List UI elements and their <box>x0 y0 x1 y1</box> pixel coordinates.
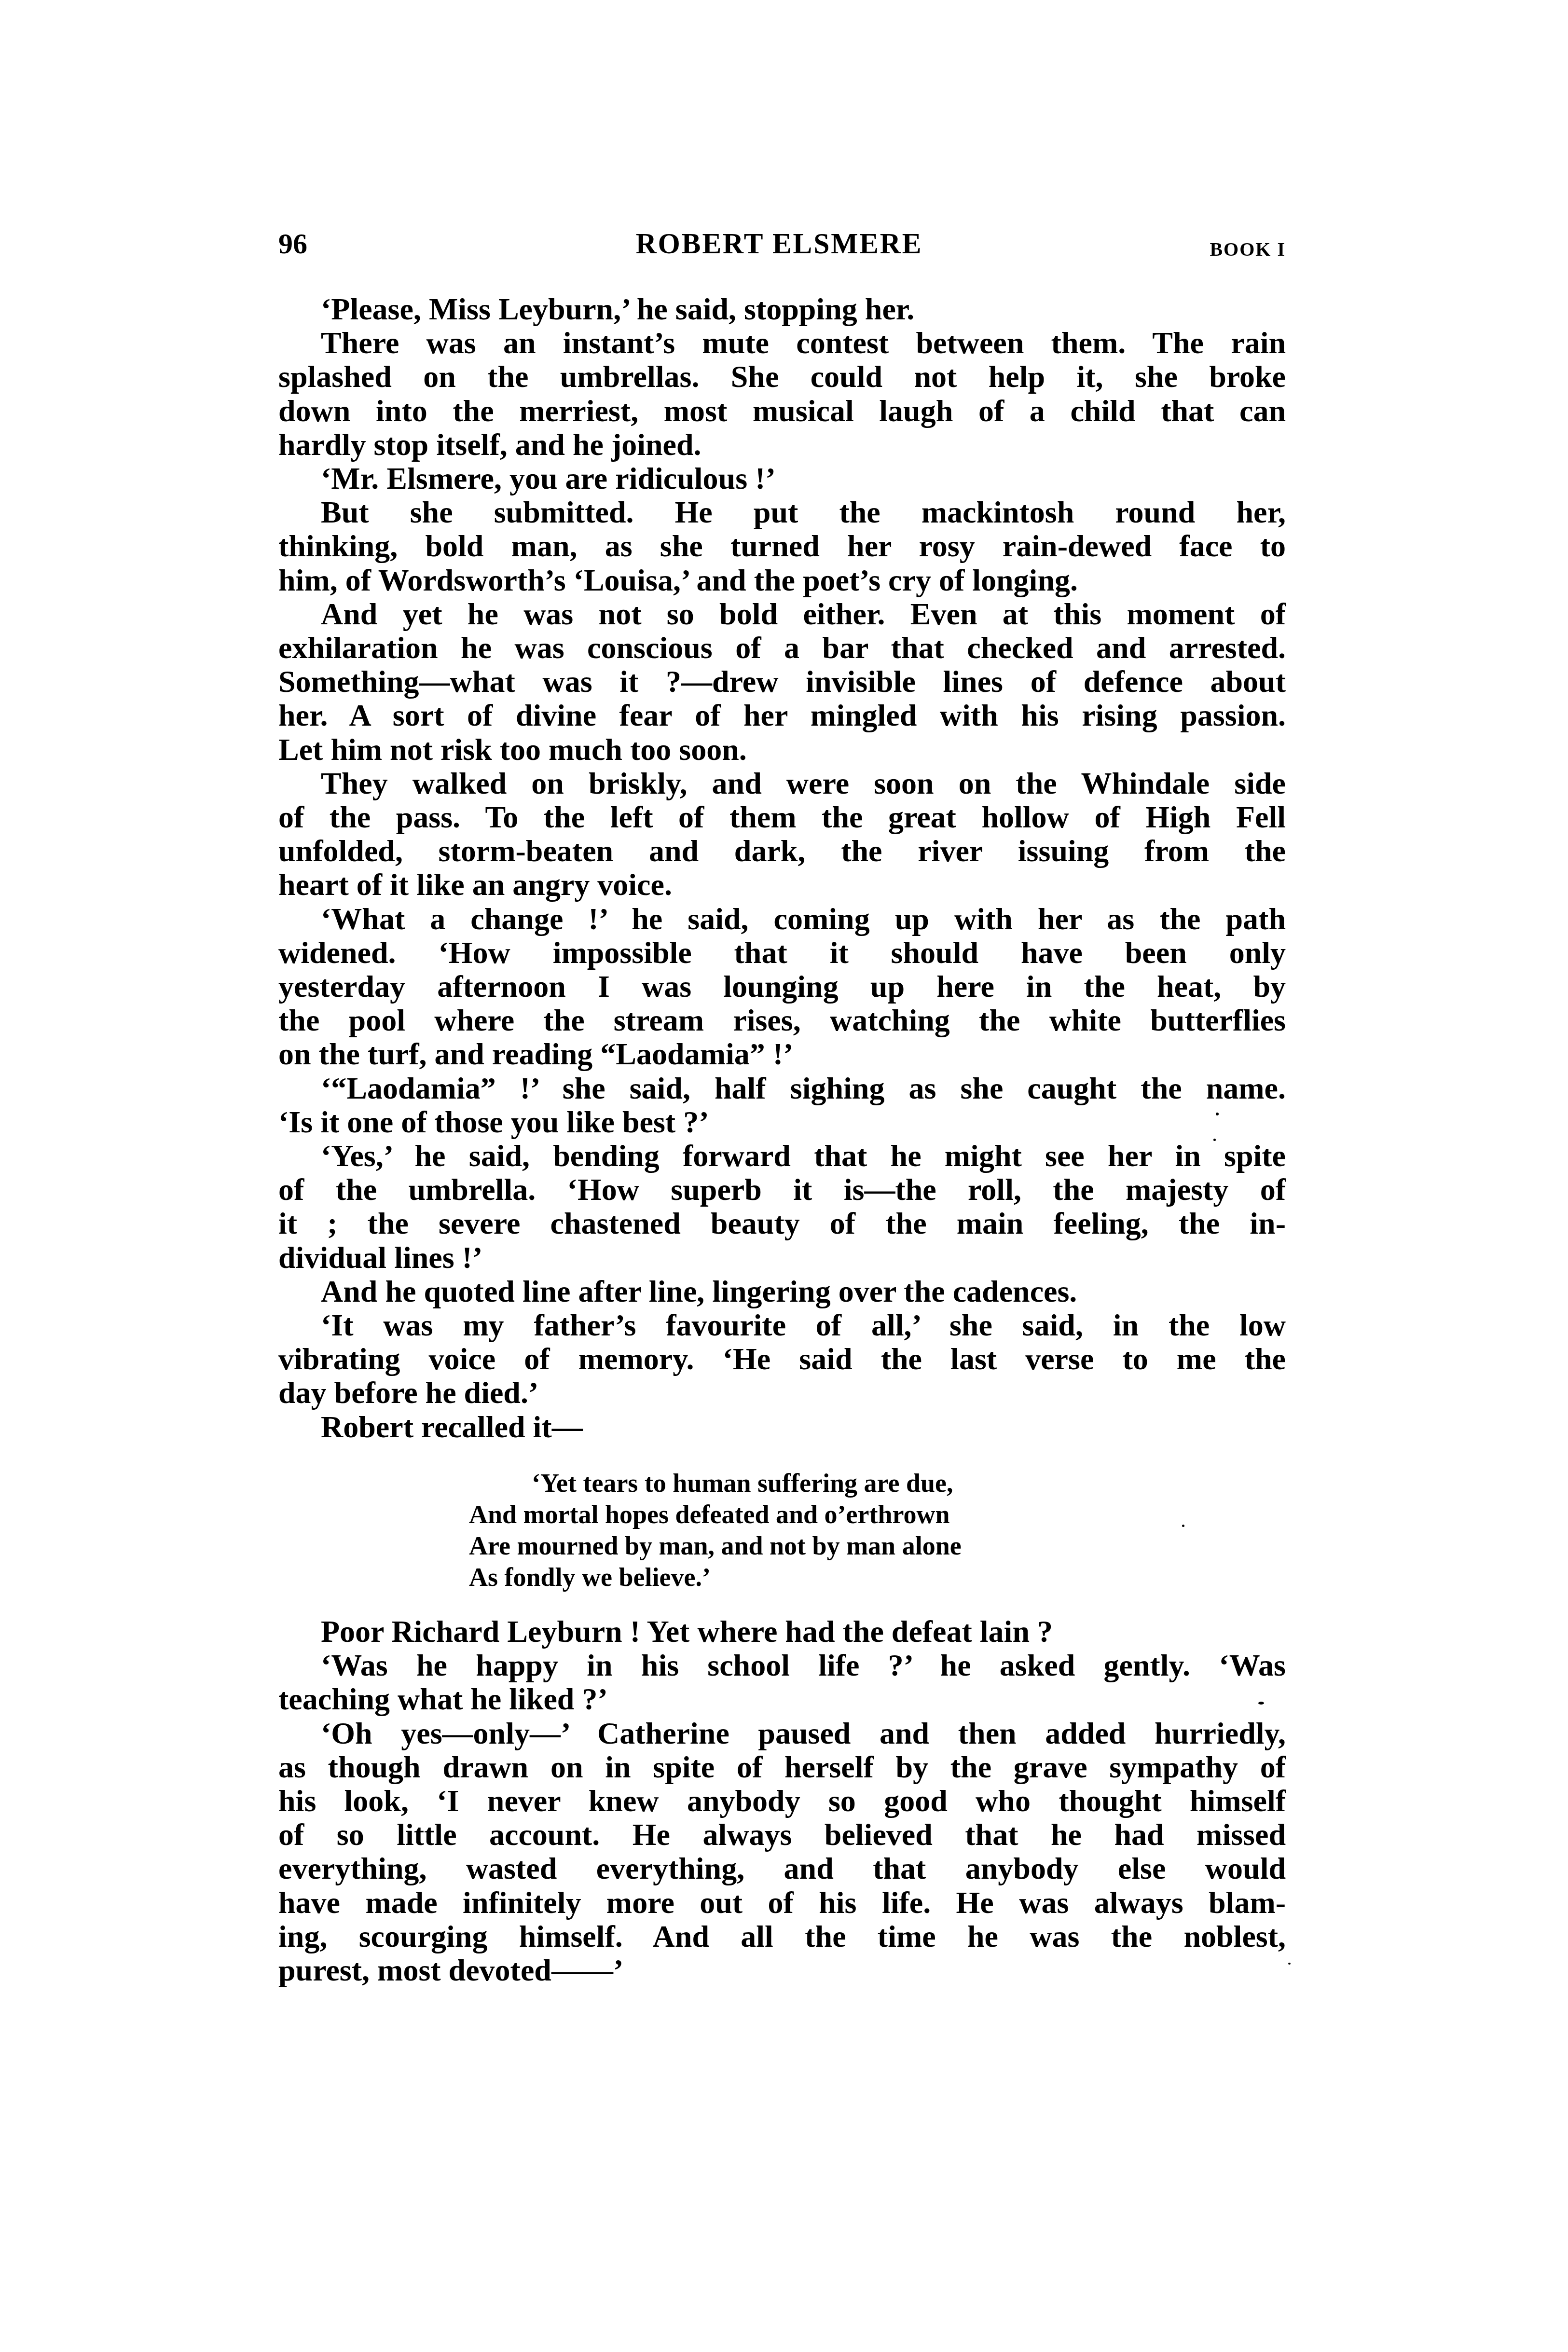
text-line: ‘Is it one of those you like best ?’ <box>278 1105 709 1139</box>
text-line: ‘It was my father’s favourite of all,’ s… <box>321 1308 1286 1342</box>
verse-line: ‘Yet tears to human suffering are due, <box>532 1468 953 1499</box>
text-line: thinking, bold man, as she turned her ro… <box>278 529 1286 563</box>
running-title: ROBERT ELSMERE <box>633 227 925 261</box>
text-line: her. A sort of divine fear of her mingle… <box>278 699 1286 732</box>
text-line: ‘Oh yes—only—’ Catherine paused and then… <box>321 1717 1286 1750</box>
text-line: everything, wasted everything, and that … <box>278 1852 1286 1885</box>
text-line: There was an instant’s mute contest betw… <box>321 326 1286 360</box>
text-line: And yet he was not so bold either. Even … <box>321 597 1286 631</box>
text-line: Let him not risk too much too soon. <box>278 733 747 767</box>
text-line: vibrating voice of memory. ‘He said the … <box>278 1342 1286 1376</box>
scan-speck <box>1258 1702 1264 1705</box>
text-line: it ; the severe chastened beauty of the … <box>278 1207 1286 1240</box>
text-line: of the umbrella. ‘How superb it is—the r… <box>278 1173 1286 1207</box>
text-line: And he quoted line after line, lingering… <box>321 1275 1077 1308</box>
text-line: ‘Was he happy in his school life ?’ he a… <box>321 1649 1286 1682</box>
text-line: dividual lines !’ <box>278 1241 482 1275</box>
text-line: widened. ‘How impossible that it should … <box>278 936 1286 970</box>
text-line: ing, scourging himself. And all the time… <box>278 1920 1286 1953</box>
text-line: ‘Yes,’ he said, bending forward that he … <box>321 1139 1286 1173</box>
text-line: Robert recalled it— <box>321 1410 583 1444</box>
text-line: have made infinitely more out of his lif… <box>278 1886 1286 1920</box>
scan-speck <box>1288 1963 1291 1965</box>
text-line: Something—what was it ?—drew invisible l… <box>278 665 1286 699</box>
text-line: ‘Please, Miss Leyburn,’ he said, stoppin… <box>321 292 914 326</box>
text-line: of the pass. To the left of them the gre… <box>278 800 1286 834</box>
text-line: the pool where the stream rises, watchin… <box>278 1004 1286 1037</box>
book-page: 96 ROBERT ELSMERE BOOK I ‘Please, Miss L… <box>0 0 1568 2352</box>
verse-line: As fondly we believe.’ <box>469 1562 711 1593</box>
text-line: ‘“Laodamia” !’ she said, half sighing as… <box>321 1072 1286 1105</box>
text-line: ‘What a change !’ he said, coming up wit… <box>321 902 1286 936</box>
text-line: hardly stop itself, and he joined. <box>278 428 701 462</box>
text-line: down into the merriest, most musical lau… <box>278 394 1286 428</box>
text-line: ‘Mr. Elsmere, you are ridiculous !’ <box>321 462 776 495</box>
text-line: his look, ‘I never knew anybody so good … <box>278 1784 1286 1818</box>
text-line: him, of Wordsworth’s ‘Louisa,’ and the p… <box>278 564 1078 597</box>
text-line: of so little account. He always believed… <box>278 1818 1286 1852</box>
text-line: Poor Richard Leyburn ! Yet where had the… <box>321 1615 1053 1649</box>
text-line: as though drawn on in spite of herself b… <box>278 1750 1286 1784</box>
scan-speck <box>1182 1525 1184 1527</box>
text-line: yesterday afternoon I was lounging up he… <box>278 970 1286 1004</box>
scan-speck <box>1213 1139 1216 1141</box>
scan-speck <box>1216 1113 1219 1115</box>
text-line: unfolded, storm-beaten and dark, the riv… <box>278 834 1286 868</box>
text-line: But she submitted. He put the mackintosh… <box>321 495 1286 529</box>
text-line: They walked on briskly, and were soon on… <box>321 767 1286 800</box>
page-number: 96 <box>278 227 307 261</box>
text-line: day before he died.’ <box>278 1376 538 1410</box>
text-line: heart of it like an angry voice. <box>278 868 672 902</box>
text-line: purest, most devoted——’ <box>278 1953 623 1987</box>
verse-line: And mortal hopes defeated and o’erthrown <box>469 1499 950 1530</box>
text-line: teaching what he liked ?’ <box>278 1682 608 1716</box>
text-line: splashed on the umbrellas. She could not… <box>278 360 1286 394</box>
text-line: on the turf, and reading “Laodamia” !’ <box>278 1037 793 1071</box>
text-line: exhilaration he was conscious of a bar t… <box>278 631 1286 665</box>
section-label: BOOK I <box>1197 233 1286 266</box>
verse-line: Are mourned by man, and not by man alone <box>469 1530 962 1562</box>
